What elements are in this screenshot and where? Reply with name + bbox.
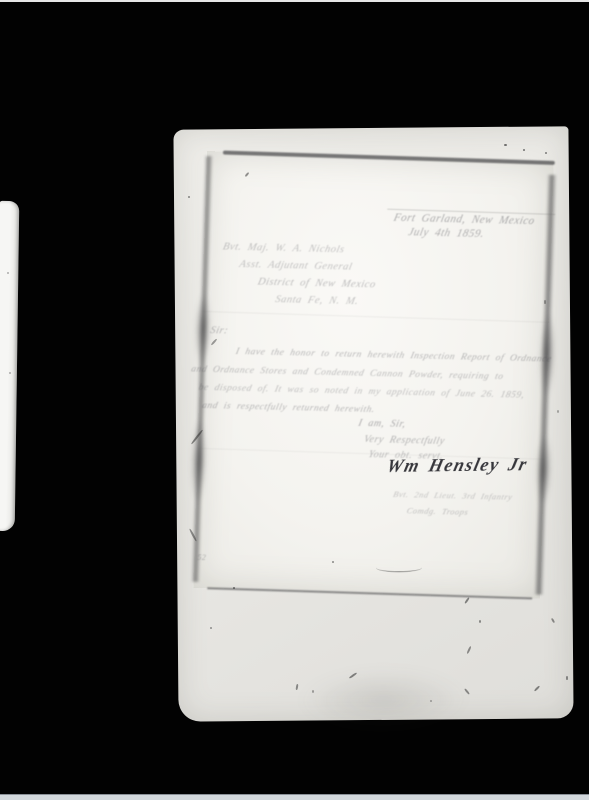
ink-speck — [479, 620, 481, 623]
paper-shadow-blotch — [298, 667, 469, 732]
ink-speck — [430, 700, 432, 702]
ink-speck — [312, 690, 314, 693]
marginalia-number: 52 — [196, 553, 207, 562]
frame-top-border — [0, 0, 589, 2]
paper-speck — [7, 272, 9, 274]
dateline-place: Fort Garland, New Mexico — [393, 212, 536, 227]
body-line-2: and Ordnance Stores and Condemned Cannon… — [190, 365, 504, 383]
closing-line-1: I am, Sir, — [357, 418, 407, 430]
body-line-4: and is respectfully returned herewith. — [201, 401, 376, 415]
address-line-1: Bvt. Maj. W. A. Nichols — [222, 242, 346, 256]
salutation: Sir: — [209, 325, 229, 336]
ink-speck — [545, 152, 547, 154]
signature-title-line-2: Comdg. Troops — [406, 505, 470, 516]
fold-crease — [202, 311, 549, 323]
letter-sheet: Fort Garland, New Mexico July 4th 1859. … — [193, 151, 554, 599]
microfilm-frame: Fort Garland, New Mexico July 4th 1859. … — [0, 0, 589, 800]
address-line-4: Santa Fe, N. M. — [274, 294, 359, 307]
ink-speck — [332, 561, 334, 563]
signature: Wm Hensley Jr — [385, 454, 530, 477]
ink-speck — [233, 587, 235, 589]
adjacent-page-edge — [0, 201, 19, 531]
closing-line-2: Very Respectfully — [363, 434, 446, 447]
ink-speck — [557, 410, 559, 413]
signature-title-line-1: Bvt. 2nd Lieut. 3rd Infantry — [392, 489, 513, 502]
body-line-3: be disposed of. It was so noted in my ap… — [198, 383, 526, 401]
ink-speck — [210, 627, 212, 629]
ink-squiggle — [376, 563, 422, 572]
ink-speck — [544, 300, 546, 304]
ink-speck — [523, 149, 525, 151]
dateline-date: July 4th 1859. — [407, 226, 485, 240]
frame-bottom-border — [0, 794, 589, 800]
ink-speck — [504, 144, 507, 146]
paper-speck — [9, 372, 11, 374]
ink-speck — [566, 676, 568, 680]
body-line-1: I have the honor to return herewith Insp… — [235, 347, 553, 365]
address-line-2: Asst. Adjutant General — [238, 259, 353, 273]
address-line-3: District of New Mexico — [257, 277, 377, 291]
ink-speck — [188, 196, 190, 198]
